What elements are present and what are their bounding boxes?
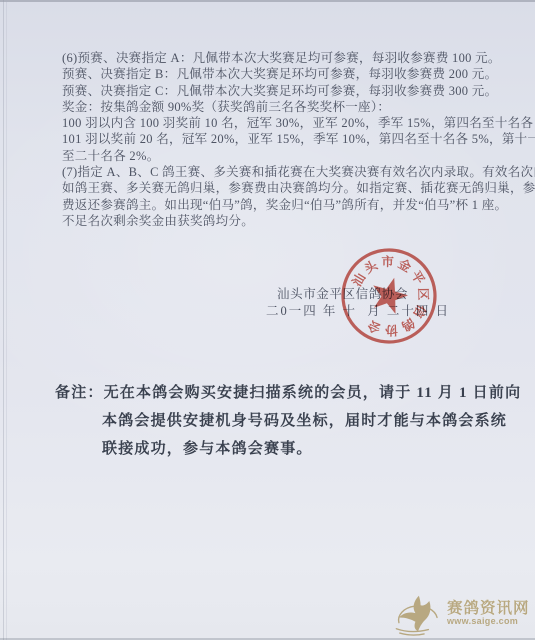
rules-paragraphs: (6)预赛、决赛指定 A：凡佩带本次大奖赛足均可参赛，每羽收参赛费 100 元。… bbox=[62, 50, 498, 229]
official-seal-stamp: 汕头市金平区信鸽协会 bbox=[327, 234, 451, 358]
rule-line: 101 羽以奖前 20 名，冠军 20%，亚军 15%，季军 10%，第四名至十… bbox=[62, 131, 498, 147]
scan-edge-top bbox=[0, 0, 535, 2]
remark-line: 备注：无在本鸽会购买安捷扫描系统的会员，请于 11 月 1 日前向 bbox=[55, 381, 521, 402]
rule-line: 100 羽以内含 100 羽奖前 10 名，冠军 30%，亚军 20%，季军 1… bbox=[62, 115, 498, 131]
rule-line: 预赛、决赛指定 B：凡佩带本次大奖赛足环均可参赛，每羽收参赛费 200 元。 bbox=[62, 66, 498, 82]
remark-line: 本鸽会提供安捷机身号码及坐标，届时才能与本鸽会系统 bbox=[102, 409, 507, 430]
rule-line: 如鸽王赛、多关赛无鸽归巢，参赛费由决赛鸽均分。如指定赛、插花赛无鸽归巢，参赛 bbox=[62, 180, 498, 196]
saige-watermark: 赛鸽资讯网 www.saige.com bbox=[392, 590, 534, 638]
pigeon-body bbox=[399, 596, 431, 632]
pigeon-logo-icon bbox=[392, 591, 444, 637]
rule-line: (7)指定 A、B、C 鸽王赛、多关赛和插花赛在大奖赛决赛有效名次内录取。有效名… bbox=[62, 164, 498, 180]
rule-line: (6)预赛、决赛指定 A：凡佩带本次大奖赛足均可参赛，每羽收参赛费 100 元。 bbox=[62, 50, 498, 66]
rule-line: 奖金：按集鸽金额 90%奖（获奖鸽前三名各奖奖杯一座）： bbox=[62, 99, 498, 115]
star-icon bbox=[367, 273, 411, 316]
rule-line: 预赛、决赛指定 C：凡佩带本次大奖赛足环均可参赛，每羽收参赛费 300 元。 bbox=[62, 83, 498, 99]
rule-line: 不足名次剩余奖金由获奖鸽均分。 bbox=[62, 213, 498, 229]
remark-line: 联接成功，参与本鸽会赛事。 bbox=[102, 437, 313, 458]
scanned-document-page: (6)预赛、决赛指定 A：凡佩带本次大奖赛足均可参赛，每羽收参赛费 100 元。… bbox=[0, 0, 535, 640]
watermark-site-name: 赛鸽资讯网 bbox=[447, 601, 530, 617]
watermark-site-url: www.saige.com bbox=[447, 617, 530, 626]
rule-line: 至二十名各 2%。 bbox=[62, 148, 498, 164]
rule-line: 费返还参赛鸽主。如出现“伯马”鸽，奖金归“伯马”鸽所有，并发“伯马”杯 1 座。 bbox=[62, 197, 498, 213]
scan-edge-left bbox=[3, 0, 4, 640]
